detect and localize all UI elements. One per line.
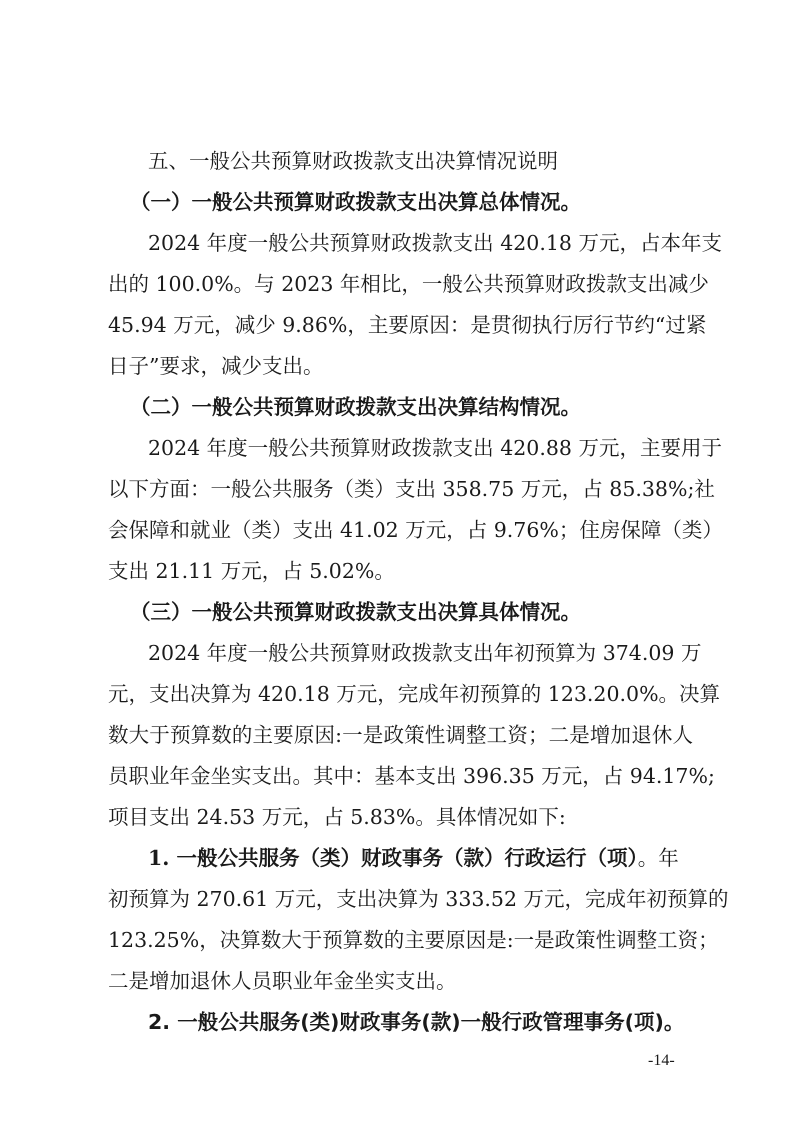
sub1-line: 45.94 万元，减少 9.86%，主要原因：是贯彻执行厉行节约“过紧 bbox=[108, 311, 693, 339]
sub2-line: 以下方面：一般公共服务（类）支出 358.75 万元，占 85.38%;社 bbox=[108, 475, 693, 503]
item1-heading: 1. 一般公共服务（类）财政事务（款）行政运行（项） bbox=[148, 846, 638, 870]
sub1-heading: （一）一般公共预算财政拨款支出决算总体情况。 bbox=[130, 188, 675, 216]
section-title: 五、一般公共预算财政拨款支出决算情况说明 bbox=[148, 147, 733, 175]
sub3-heading: （三）一般公共预算财政拨款支出决算具体情况。 bbox=[130, 598, 675, 626]
sub3-line: 项目支出 24.53 万元，占 5.83%。具体情况如下: bbox=[108, 803, 693, 831]
sub3-line: 元，支出决算为 420.18 万元，完成年初预算的 123.20.0%。决算 bbox=[108, 680, 693, 708]
item1-heading-line: 1. 一般公共服务（类）财政事务（款）行政运行（项）。年 bbox=[148, 844, 693, 872]
sub3-line: 员职业年金坐实支出。其中：基本支出 396.35 万元，占 94.17%; bbox=[108, 762, 693, 790]
sub2-line: 支出 21.11 万元，占 5.02%。 bbox=[108, 557, 693, 585]
item1-line: 二是增加退休人员职业年金坐实支出。 bbox=[108, 967, 693, 995]
item2-heading: 2. 一般公共服务(类)财政事务(款)一般行政管理事务(项)。 bbox=[148, 1008, 693, 1036]
item1-line: 123.25%，决算数大于预算数的主要原因是:一是政策性调整工资； bbox=[108, 926, 693, 954]
sub1-line: 2024 年度一般公共预算财政拨款支出 420.18 万元，占本年支 bbox=[148, 229, 693, 257]
sub2-line: 2024 年度一般公共预算财政拨款支出 420.88 万元，主要用于 bbox=[148, 434, 693, 462]
sub2-line: 会保障和就业（类）支出 41.02 万元，占 9.76%；住房保障（类） bbox=[108, 516, 693, 544]
item1-heading-tail: 。年 bbox=[638, 846, 679, 870]
page-number: -14- bbox=[648, 1052, 675, 1070]
sub2-heading: （二）一般公共预算财政拨款支出决算结构情况。 bbox=[130, 393, 675, 421]
item1-line: 初预算为 270.61 万元，支出决算为 333.52 万元，完成年初预算的 bbox=[108, 885, 693, 913]
sub3-line: 数大于预算数的主要原因:一是政策性调整工资；二是增加退休人 bbox=[108, 721, 693, 749]
sub3-line: 2024 年度一般公共预算财政拨款支出年初预算为 374.09 万 bbox=[148, 639, 693, 667]
sub1-line: 日子”要求，减少支出。 bbox=[108, 352, 693, 380]
sub1-line: 出的 100.0%。与 2023 年相比，一般公共预算财政拨款支出减少 bbox=[108, 270, 693, 298]
document-page: 五、一般公共预算财政拨款支出决算情况说明 （一）一般公共预算财政拨款支出决算总体… bbox=[0, 0, 793, 1122]
